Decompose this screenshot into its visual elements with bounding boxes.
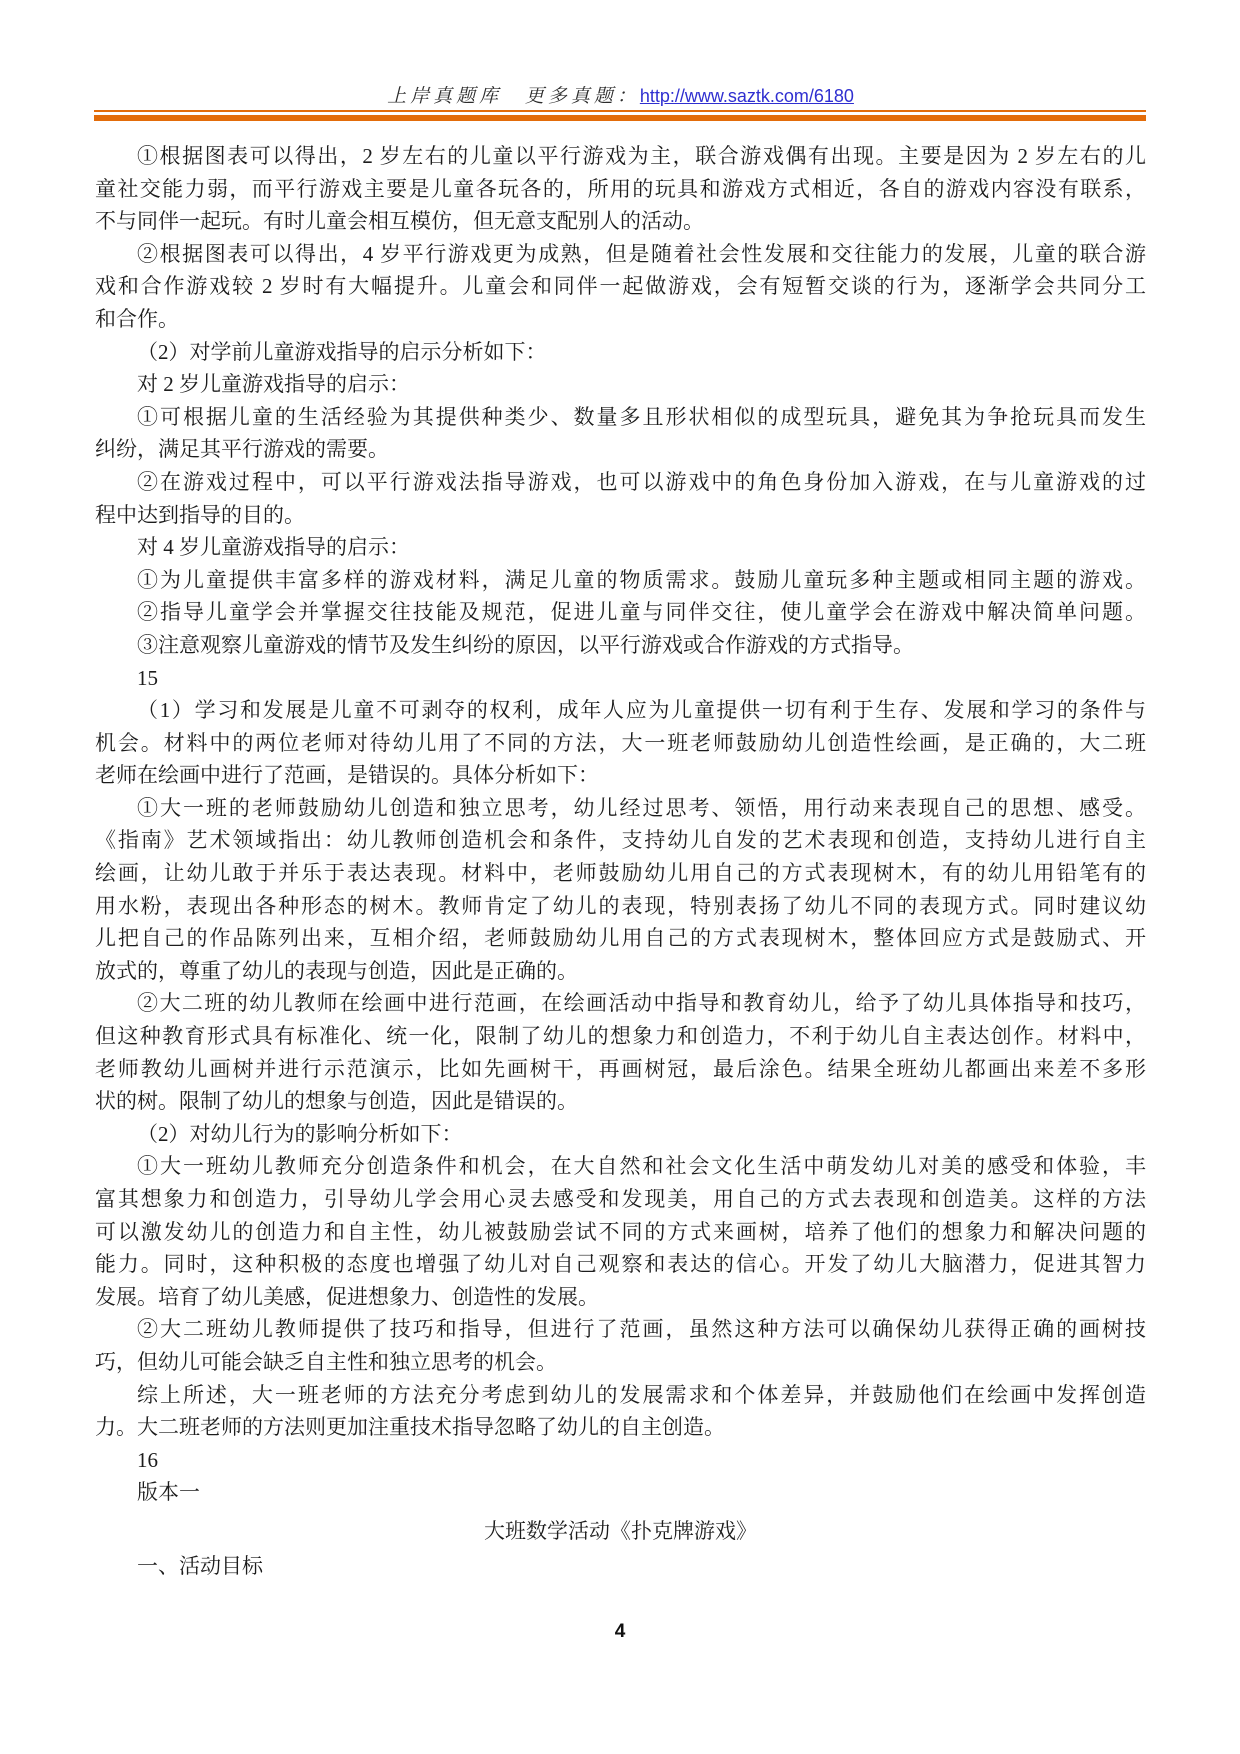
header-divider-thin (94, 110, 1146, 112)
text-line: 巧，但幼儿可能会缺乏自主性和独立思考的机会。 (95, 1346, 1146, 1379)
text-line: 程中达到指导的目的。 (95, 499, 1146, 532)
text-line: 力。大二班老师的方法则更加注重技术指导忽略了幼儿的自主创造。 (95, 1411, 1146, 1444)
text-line: 不与同伴一起玩。有时儿童会相互模仿，但无意支配别人的活动。 (95, 205, 1146, 238)
text-line: 放式的，尊重了幼儿的表现与创造，因此是正确的。 (95, 955, 1146, 988)
text-line: ①为儿童提供丰富多样的游戏材料，满足儿童的物质需求。鼓励儿童玩多种主题或相同主题… (95, 564, 1146, 597)
text-line: ②大二班幼儿教师提供了技巧和指导，但进行了范画，虽然这种方法可以确保幼儿获得正确… (95, 1313, 1146, 1346)
text-line: 和合作。 (95, 303, 1146, 336)
text-line: 发展。培育了幼儿美感，促进想象力、创造性的发展。 (95, 1281, 1146, 1314)
text-line: 版本一 (95, 1476, 1146, 1509)
text-line: ①根据图表可以得出，2 岁左右的儿童以平行游戏为主，联合游戏偶有出现。主要是因为… (95, 140, 1146, 173)
text-line: 对 2 岁儿童游戏指导的启示： (95, 368, 1146, 401)
document-page: 上岸真题库 更多真题：http://www.saztk.com/6180 ①根据… (0, 0, 1240, 1754)
text-line: 戏和合作游戏较 2 岁时有大幅提升。儿童会和同伴一起做游戏，会有短暂交谈的行为，… (95, 270, 1146, 303)
text-line: ①可根据儿童的生活经验为其提供种类少、数量多且形状相似的成型玩具，避免其为争抢玩… (95, 401, 1146, 434)
text-line: 综上所述，大一班老师的方法充分考虑到幼儿的发展需求和个体差异，并鼓励他们在绘画中… (95, 1379, 1146, 1412)
text-line: ③注意观察儿童游戏的情节及发生纠纷的原因，以平行游戏或合作游戏的方式指导。 (95, 629, 1146, 662)
text-line: ①大一班幼儿教师充分创造条件和机会，在大自然和社会文化生活中萌发幼儿对美的感受和… (95, 1150, 1146, 1183)
section-heading: 一、活动目标 (95, 1550, 1146, 1583)
text-line: 15 (95, 662, 1146, 695)
text-line: 纠纷，满足其平行游戏的需要。 (95, 433, 1146, 466)
text-line: 老师在绘画中进行了范画，是错误的。具体分析如下： (95, 759, 1146, 792)
page-header: 上岸真题库 更多真题：http://www.saztk.com/6180 (95, 84, 1146, 109)
text-line: 绘画，让幼儿敢于并乐于表达表现。材料中，老师鼓励幼儿用自己的方式表现树木，有的幼… (95, 857, 1146, 890)
activity-title: 大班数学活动《扑克牌游戏》 (95, 1515, 1146, 1548)
text-line: （2）对幼儿行为的影响分析如下： (95, 1118, 1146, 1151)
header-more-label: 更多真题： (525, 86, 640, 107)
text-line: 可以激发幼儿的创造力和自主性，幼儿被鼓励尝试不同的方式来画树，培养了他们的想象力… (95, 1216, 1146, 1249)
text-line: ②大二班的幼儿教师在绘画中进行范画，在绘画活动中指导和教育幼儿，给予了幼儿具体指… (95, 987, 1146, 1020)
header-link[interactable]: http://www.saztk.com/6180 (640, 86, 854, 106)
text-line: ②指导儿童学会并掌握交往技能及规范，促进儿童与同伴交往，使儿童学会在游戏中解决简… (95, 596, 1146, 629)
header-site-name: 上岸真题库 (387, 86, 502, 107)
text-line: 用水粉，表现出各种形态的树木。教师肯定了幼儿的表现，特别表扬了幼儿不同的表现方式… (95, 890, 1146, 923)
text-line: ②根据图表可以得出，4 岁平行游戏更为成熟，但是随着社会性发展和交往能力的发展，… (95, 238, 1146, 271)
text-line: 机会。材料中的两位老师对待幼儿用了不同的方法，大一班老师鼓励幼儿创造性绘画，是正… (95, 727, 1146, 760)
text-line: 能力。同时，这种积极的态度也增强了幼儿对自己观察和表达的信心。开发了幼儿大脑潜力… (95, 1248, 1146, 1281)
text-line: ②在游戏过程中，可以平行游戏法指导游戏，也可以游戏中的角色身份加入游戏，在与儿童… (95, 466, 1146, 499)
text-line: 但这种教育形式具有标准化、统一化，限制了幼儿的想象力和创造力，不利于幼儿自主表达… (95, 1020, 1146, 1053)
text-line: 《指南》艺术领域指出：幼儿教师创造机会和条件，支持幼儿自发的艺术表现和创造，支持… (95, 824, 1146, 857)
text-line: （1）学习和发展是儿童不可剥夺的权利，成年人应为儿童提供一切有利于生存、发展和学… (95, 694, 1146, 727)
text-line: 状的树。限制了幼儿的想象与创造，因此是错误的。 (95, 1085, 1146, 1118)
text-line: ①大一班的老师鼓励幼儿创造和独立思考，幼儿经过思考、领悟，用行动来表现自己的思想… (95, 792, 1146, 825)
document-body: ①根据图表可以得出，2 岁左右的儿童以平行游戏为主，联合游戏偶有出现。主要是因为… (95, 140, 1146, 1582)
text-line: （2）对学前儿童游戏指导的启示分析如下： (95, 336, 1146, 369)
text-line: 老师教幼儿画树并进行示范演示，比如先画树干，再画树冠，最后涂色。结果全班幼儿都画… (95, 1053, 1146, 1086)
header-divider-thick (94, 115, 1146, 121)
text-line: 16 (95, 1444, 1146, 1477)
text-line: 童社交能力弱，而平行游戏主要是儿童各玩各的，所用的玩具和游戏方式相近，各自的游戏… (95, 173, 1146, 206)
text-line: 儿把自己的作品陈列出来，互相介绍，老师鼓励幼儿用自己的方式表现树木，整体回应方式… (95, 922, 1146, 955)
text-line: 对 4 岁儿童游戏指导的启示： (95, 531, 1146, 564)
text-line: 富其想象力和创造力，引导幼儿学会用心灵去感受和发现美，用自己的方式去表现和创造美… (95, 1183, 1146, 1216)
page-number: 4 (0, 1621, 1240, 1643)
